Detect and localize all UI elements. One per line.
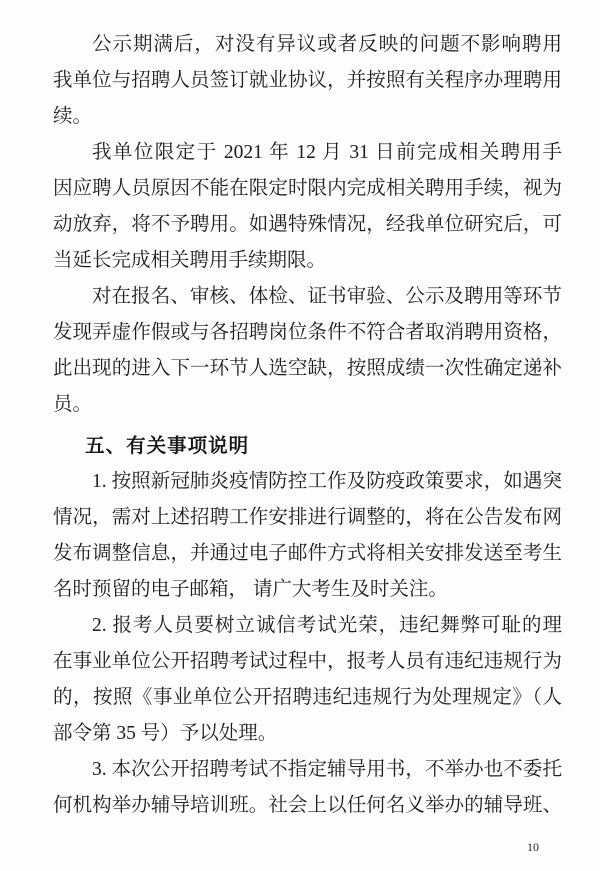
text-line: 情况，需对上述招聘工作安排进行调整的，将在公告发布网址	[53, 500, 562, 536]
document-page: 公示期满后，对没有异议或者反映的问题不影响聘用的， 我单位与招聘人员签订就业协议…	[0, 0, 600, 871]
text-line: 3. 本次公开招聘考试不指定辅导用书，不举办也不委托任	[53, 752, 562, 788]
text-line: 的，按照《事业单位公开招聘违纪违规行为处理规定》（人社	[53, 680, 562, 716]
text-line: 发现弄虚作假或与各招聘岗位条件不符合者取消聘用资格，因	[53, 315, 562, 351]
text-line: 在事业单位公开招聘考试过程中，报考人员有违纪违规行为	[53, 644, 562, 680]
text-line: 此出现的进入下一环节人选空缺，按照成绩一次性确定递补人	[53, 351, 562, 387]
text-line: 2. 报考人员要树立诚信考试光荣，违纪舞弊可耻的理念。	[53, 608, 562, 644]
text-line: 续。	[53, 99, 562, 135]
text-line: 公示期满后，对没有异议或者反映的问题不影响聘用的，	[53, 27, 562, 63]
paragraph: 对在报名、审核、体检、证书审验、公示及聘用等环节中 发现弄虚作假或与各招聘岗位条…	[53, 279, 562, 423]
text-line: 部令第 35 号）予以处理。	[53, 716, 562, 752]
paragraph: 1. 按照新冠肺炎疫情防控工作及防疫政策要求，如遇突发 情况，需对上述招聘工作安…	[53, 464, 562, 608]
text-line: 1. 按照新冠肺炎疫情防控工作及防疫政策要求，如遇突发	[53, 464, 562, 500]
text-line: 名时预留的电子邮箱， 请广大考生及时关注。	[53, 572, 562, 608]
paragraph: 3. 本次公开招聘考试不指定辅导用书，不举办也不委托任 何机构举办辅导培训班。社…	[53, 752, 562, 824]
paragraph: 2. 报考人员要树立诚信考试光荣，违纪舞弊可耻的理念。 在事业单位公开招聘考试过…	[53, 608, 562, 752]
paragraph: 公示期满后，对没有异议或者反映的问题不影响聘用的， 我单位与招聘人员签订就业协议…	[53, 27, 562, 135]
text-line: 因应聘人员原因不能在限定时限内完成相关聘用手续，视为自	[53, 171, 562, 207]
text-line: 我单位与招聘人员签订就业协议，并按照有关程序办理聘用手	[53, 63, 562, 99]
text-line: 对在报名、审核、体检、证书审验、公示及聘用等环节中	[53, 279, 562, 315]
text-line: 我单位限定于 2021 年 12 月 31 日前完成相关聘用手续，	[53, 135, 562, 171]
document-body: 公示期满后，对没有异议或者反映的问题不影响聘用的， 我单位与招聘人员签订就业协议…	[53, 27, 562, 824]
text-line: 动放弃，将不予聘用。如遇特殊情况，经我单位研究后，可适	[53, 207, 562, 243]
text-line: 何机构举办辅导培训班。社会上以任何名义举办的辅导班、辅	[53, 788, 562, 824]
section-heading: 五、有关事项说明	[53, 428, 562, 464]
text-line: 员。	[53, 387, 562, 423]
text-line: 当延长完成相关聘用手续期限。	[53, 243, 562, 279]
paragraph: 我单位限定于 2021 年 12 月 31 日前完成相关聘用手续， 因应聘人员原…	[53, 135, 562, 279]
text-line: 发布调整信息，并通过电子邮件方式将相关安排发送至考生报	[53, 536, 562, 572]
page-number: 10	[527, 840, 539, 854]
